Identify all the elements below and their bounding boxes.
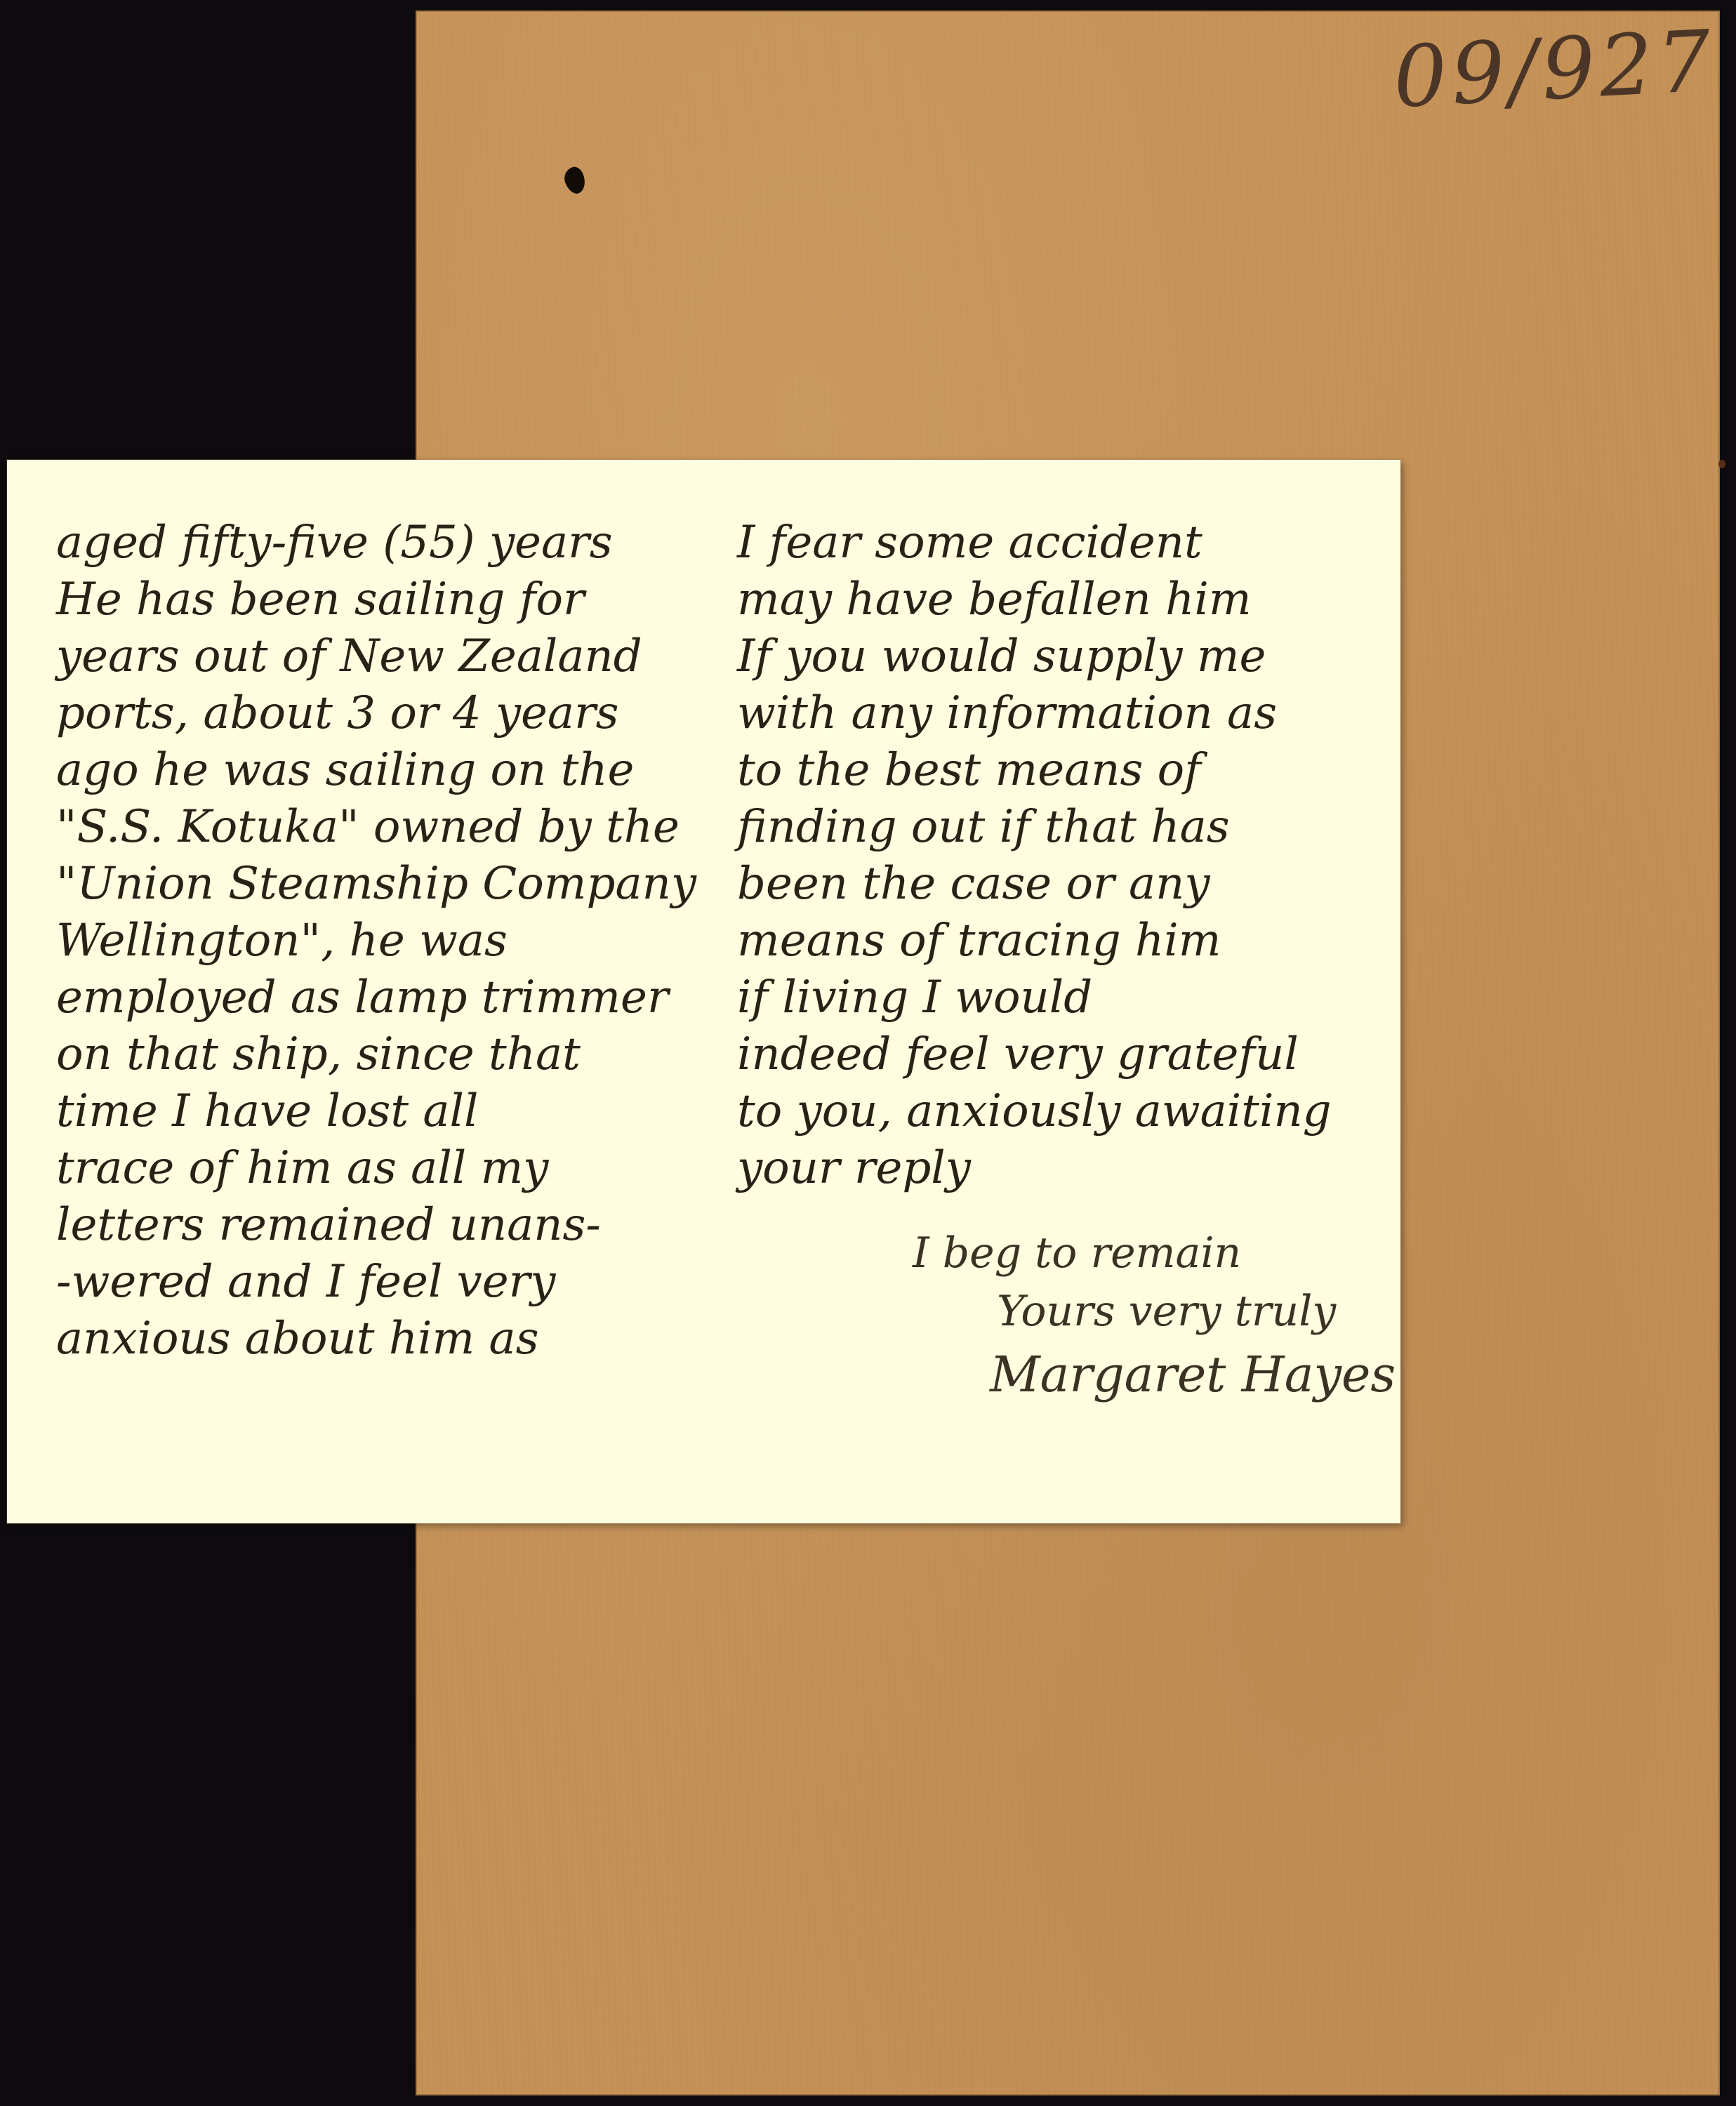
letter-line: Wellington", he was xyxy=(56,913,723,969)
letter-line: indeed feel very grateful xyxy=(737,1026,1397,1083)
letter-line: -wered and I feel very xyxy=(56,1254,723,1311)
letter-line: years out of New Zealand xyxy=(56,628,723,685)
letter-line: been the case or any xyxy=(737,856,1397,913)
letter-line: I fear some accident xyxy=(737,515,1397,571)
letter-line: employed as lamp trimmer xyxy=(56,969,723,1026)
letter-line: may have befallen him xyxy=(737,571,1397,628)
letter-line: "Union Steamship Company xyxy=(56,856,723,913)
letter-line: on that ship, since that xyxy=(56,1026,723,1083)
folder-reference-number: 09/927 xyxy=(1391,20,1717,121)
paper-speck xyxy=(1718,460,1725,468)
letter-line: ago he was sailing on the xyxy=(56,742,723,799)
letter-line: means of tracing him xyxy=(737,913,1397,969)
letter-line: He has been sailing for xyxy=(56,571,723,628)
letter-line: with any information as xyxy=(737,685,1397,742)
letter-line: "S.S. Kotuka" owned by the xyxy=(56,799,723,856)
letter-left-column: aged fifty-five (55) years He has been s… xyxy=(56,515,723,1367)
closing-yours-truly: Yours very truly xyxy=(997,1287,1336,1336)
letter-right-column: I fear some accident may have befallen h… xyxy=(737,515,1397,1197)
handwritten-letter: aged fifty-five (55) years He has been s… xyxy=(7,460,1400,1523)
letter-line: If you would supply me xyxy=(737,628,1397,685)
signature: Margaret Hayes xyxy=(990,1346,1396,1403)
letter-line: if living I would xyxy=(737,969,1397,1026)
letter-line: your reply xyxy=(737,1140,1397,1197)
letter-line: aged fifty-five (55) years xyxy=(56,515,723,571)
letter-line: finding out if that has xyxy=(737,799,1397,856)
closing-remain: I beg to remain xyxy=(913,1228,1241,1278)
letter-line: anxious about him as xyxy=(56,1311,723,1367)
letter-line: trace of him as all my xyxy=(56,1140,723,1197)
letter-line: letters remained unans- xyxy=(56,1197,723,1254)
letter-line: to the best means of xyxy=(737,742,1397,799)
letter-line: time I have lost all xyxy=(56,1083,723,1140)
letter-line: to you, anxiously awaiting xyxy=(737,1083,1397,1140)
letter-line: ports, about 3 or 4 years xyxy=(56,685,723,742)
